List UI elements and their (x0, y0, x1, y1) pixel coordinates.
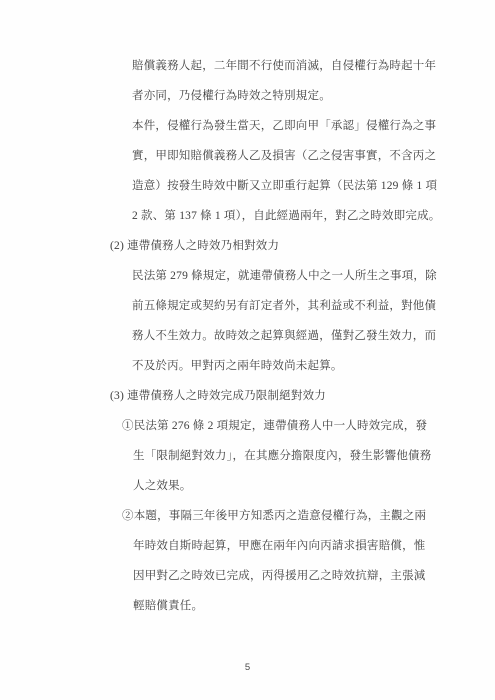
text-line: 生「限制絕對效力」，在其應分擔限度內，發生影響他債務 (0, 441, 495, 471)
text-line: ②本題，事隔三年後甲方知悉丙之造意侵權行為，主觀之兩 (0, 501, 495, 531)
text-line: 年時效自斯時起算，甲應在兩年內向丙請求損害賠償，惟 (0, 531, 495, 561)
text-line: 人之效果。 (0, 471, 495, 501)
page-number: 5 (0, 662, 495, 673)
text-block: 賠償義務人起，二年間不行使而消滅，自侵權行為時起十年 者亦同，乃侵權行為時效之特… (0, 51, 495, 621)
text-line: 不及於丙。甲對丙之兩年時效尚未起算。 (0, 351, 495, 381)
text-line: 務人不生效力。故時效之起算與經過，僅對乙發生效力，而 (0, 321, 495, 351)
text-line: 造意）按發生時效中斷又立即重行起算（民法第 129 條 1 項 (0, 171, 495, 201)
text-line: 輕賠償責任。 (0, 591, 495, 621)
section-heading: (3) 連帶債務人之時效完成乃限制絕對效力 (0, 381, 495, 411)
text-line: 前五條規定或契約另有訂定者外，其利益或不利益，對他債 (0, 291, 495, 321)
text-line: ①民法第 276 條 2 項規定，連帶債務人中一人時效完成，發 (0, 411, 495, 441)
text-line: 本件，侵權行為發生當天，乙即向甲「承認」侵權行為之事 (0, 111, 495, 141)
text-line: 者亦同，乃侵權行為時效之特別規定。 (0, 81, 495, 111)
text-line: 民法第 279 條規定，就連帶債務人中之一人所生之事項，除 (0, 261, 495, 291)
text-line: 賠償義務人起，二年間不行使而消滅，自侵權行為時起十年 (0, 51, 495, 81)
text-line: 實，甲即知賠償義務人乙及損害（乙之侵害事實，不含丙之 (0, 141, 495, 171)
text-line: 2 款、第 137 條 1 項），自此經過兩年，對乙之時效即完成。 (0, 201, 495, 231)
document-page: 賠償義務人起，二年間不行使而消滅，自侵權行為時起十年 者亦同，乃侵權行為時效之特… (0, 0, 495, 700)
text-line: 因甲對乙之時效已完成，丙得援用乙之時效抗辯，主張減 (0, 561, 495, 591)
section-heading: (2) 連帶債務人之時效乃相對效力 (0, 231, 495, 261)
